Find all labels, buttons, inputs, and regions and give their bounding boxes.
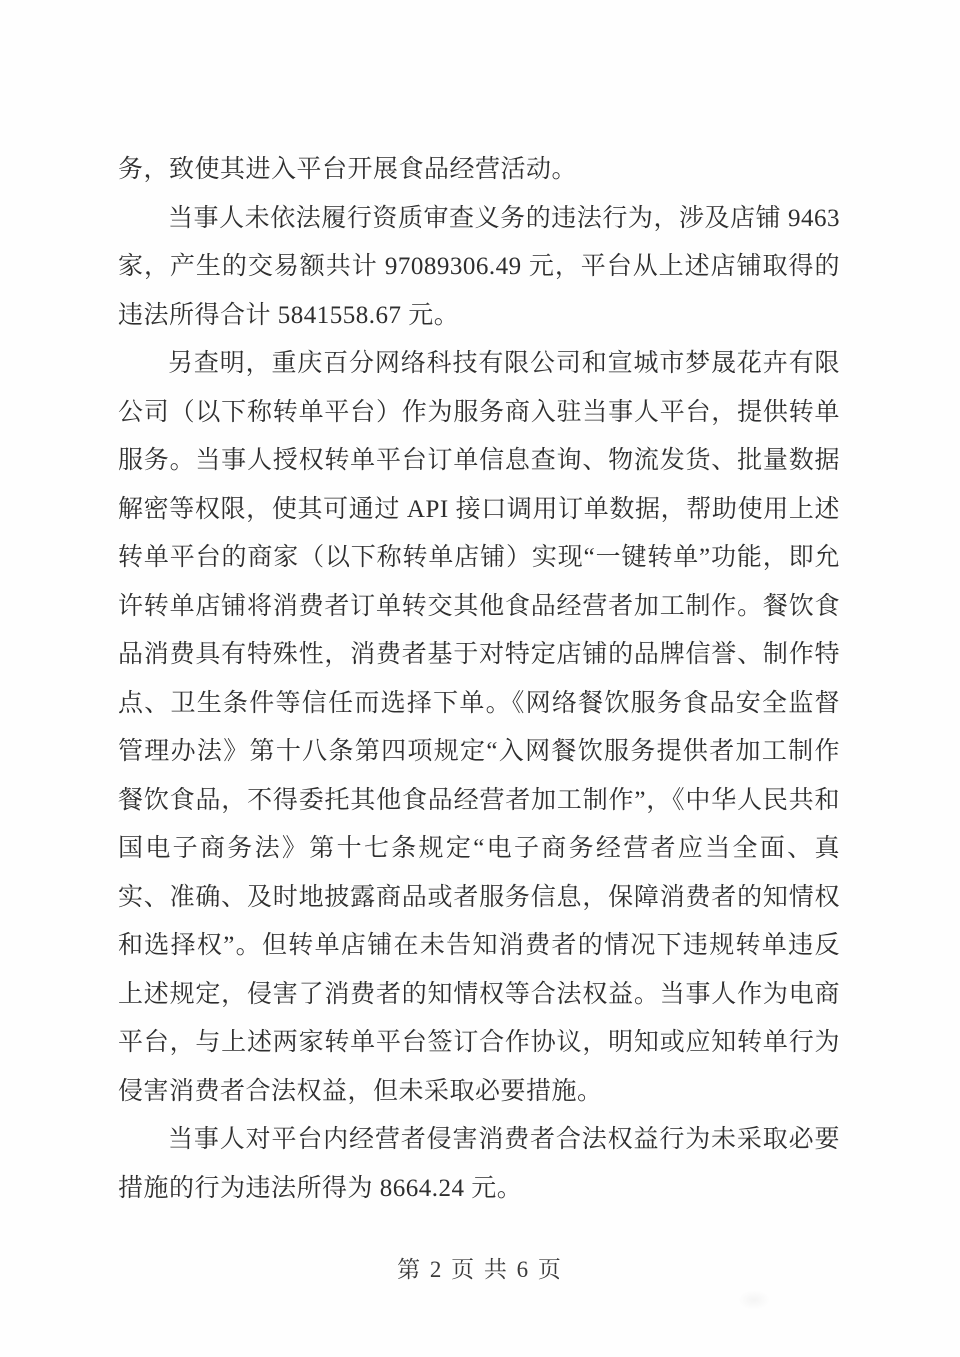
document-body: 务，致使其进入平台开展食品经营活动。 当事人未依法履行资质审查义务的违法行为，涉… bbox=[118, 146, 840, 1213]
paragraph-illegal-gains: 当事人对平台内经营者侵害消费者合法权益行为未采取必要措施的行为违法所得为 866… bbox=[118, 1116, 840, 1213]
paragraph-continuation: 务，致使其进入平台开展食品经营活动。 bbox=[118, 146, 840, 195]
paragraph-order-transfer-findings: 另查明，重庆百分网络科技有限公司和宣城市梦晟花卉有限公司（以下称转单平台）作为服… bbox=[118, 340, 840, 1116]
scan-artifact bbox=[738, 1290, 770, 1310]
page-number: 第 2 页 共 6 页 bbox=[0, 1252, 960, 1288]
document-page: 务，致使其进入平台开展食品经营活动。 当事人未依法履行资质审查义务的违法行为，涉… bbox=[0, 0, 960, 1357]
paragraph-qualification-violation: 当事人未依法履行资质审查义务的违法行为，涉及店铺 9463 家，产生的交易额共计… bbox=[118, 195, 840, 341]
